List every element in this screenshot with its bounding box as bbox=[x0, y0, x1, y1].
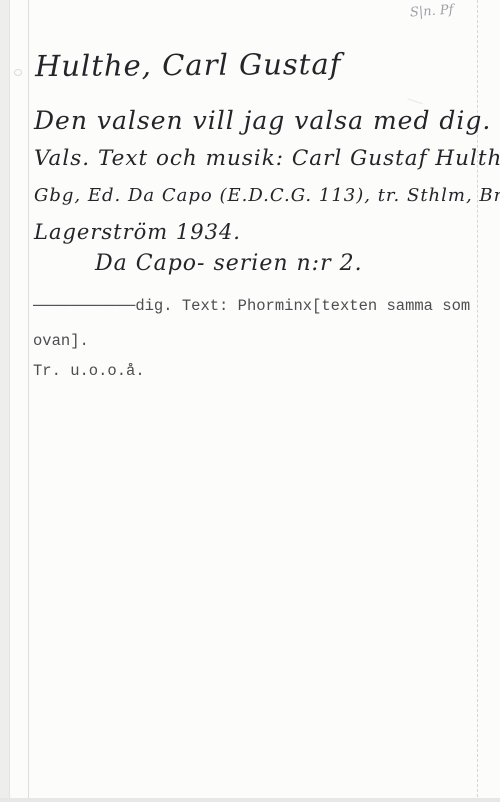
ditto-dash-leader: ─────────── bbox=[33, 297, 135, 315]
typed-note-line-2: ovan]. bbox=[33, 332, 89, 350]
shelfmark-annotation: S|n. Pf bbox=[410, 3, 454, 21]
card-left-rule bbox=[28, 0, 29, 802]
catalog-card-scan: S|n. Pf Hulthe, Carl Gustaf Den valsen v… bbox=[0, 0, 500, 802]
scan-bottom-edge bbox=[0, 798, 500, 802]
pencil-dot-mark bbox=[14, 69, 22, 76]
publisher-line: Gbg, Ed. Da Capo (E.D.C.G. 113), tr. Sth… bbox=[34, 185, 500, 206]
author-heading: Hulthe, Carl Gustaf bbox=[35, 47, 342, 83]
typed-print-note: Tr. u.o.o.å. bbox=[33, 362, 145, 380]
typed-note-line-1: ───────────dig. Text: Phorminx[texten sa… bbox=[33, 297, 470, 315]
work-title-line: Den valsen vill jag valsa med dig. bbox=[34, 106, 491, 135]
typed-note-text: dig. Text: Phorminx[texten samma som bbox=[135, 297, 470, 315]
publisher-line-2: Lagerström 1934. bbox=[34, 220, 241, 244]
series-line: Da Capo- serien n:r 2. bbox=[95, 251, 363, 276]
work-subtitle-line: Vals. Text och musik: Carl Gustaf Hulthe… bbox=[34, 146, 500, 171]
scan-left-edge bbox=[0, 0, 10, 802]
pencil-smudge-mark bbox=[407, 94, 424, 105]
